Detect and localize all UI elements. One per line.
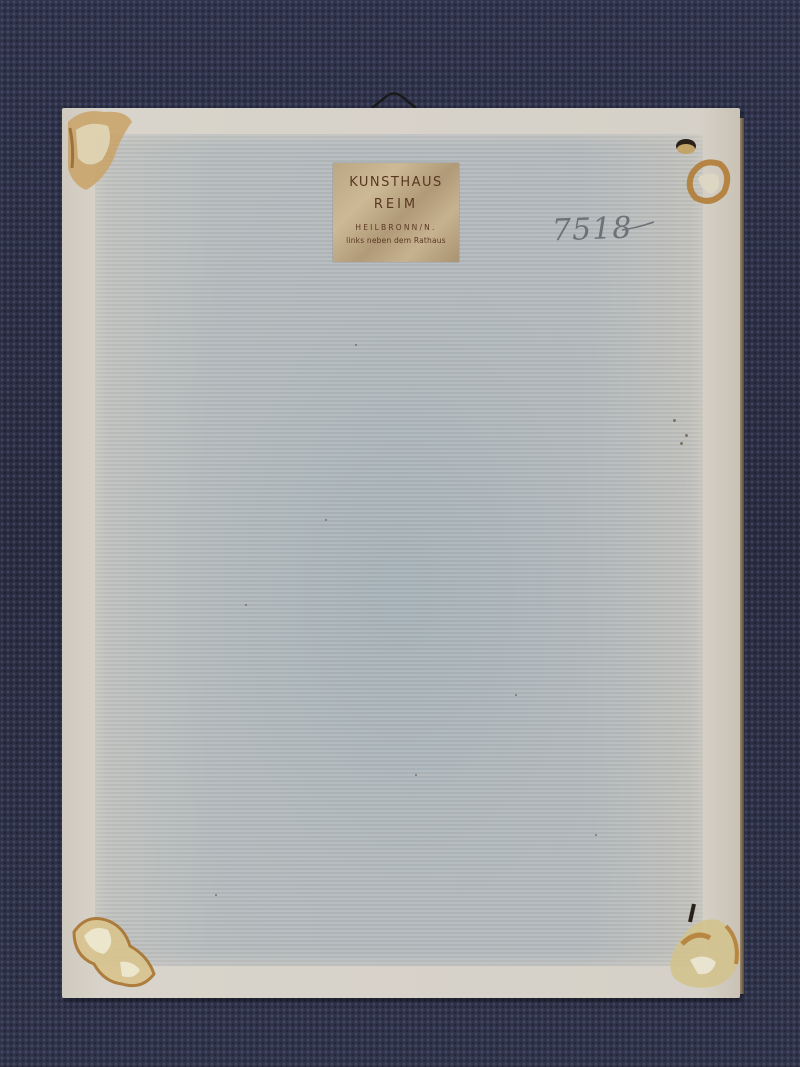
label-line-city: HEILBRONN/N.	[333, 223, 459, 232]
speck	[685, 434, 688, 437]
label-line-kunsthaus: KUNSTHAUS	[333, 175, 459, 190]
label-line-address: links neben dem Rathaus	[333, 236, 459, 245]
glue-stain-top-left-icon	[64, 108, 136, 194]
speck	[515, 694, 517, 696]
glue-stain-bottom-left-icon	[64, 912, 160, 994]
label-line-reim: REIM	[333, 197, 459, 212]
speck	[245, 604, 247, 606]
pencil-flourish-icon	[620, 216, 656, 232]
speck	[415, 774, 417, 776]
speck	[595, 834, 597, 836]
speck	[215, 894, 217, 896]
photo-scene: { "scene": { "subject": "Back of a frame…	[0, 0, 800, 1067]
glue-stain-top-right-icon	[672, 130, 734, 210]
speck	[355, 344, 357, 346]
speck	[680, 442, 683, 445]
gallery-label: KUNSTHAUS REIM HEILBRONN/N. links neben …	[333, 163, 459, 262]
speck	[325, 519, 327, 521]
glue-stain-bottom-right-icon	[660, 900, 742, 996]
speck	[673, 419, 676, 422]
